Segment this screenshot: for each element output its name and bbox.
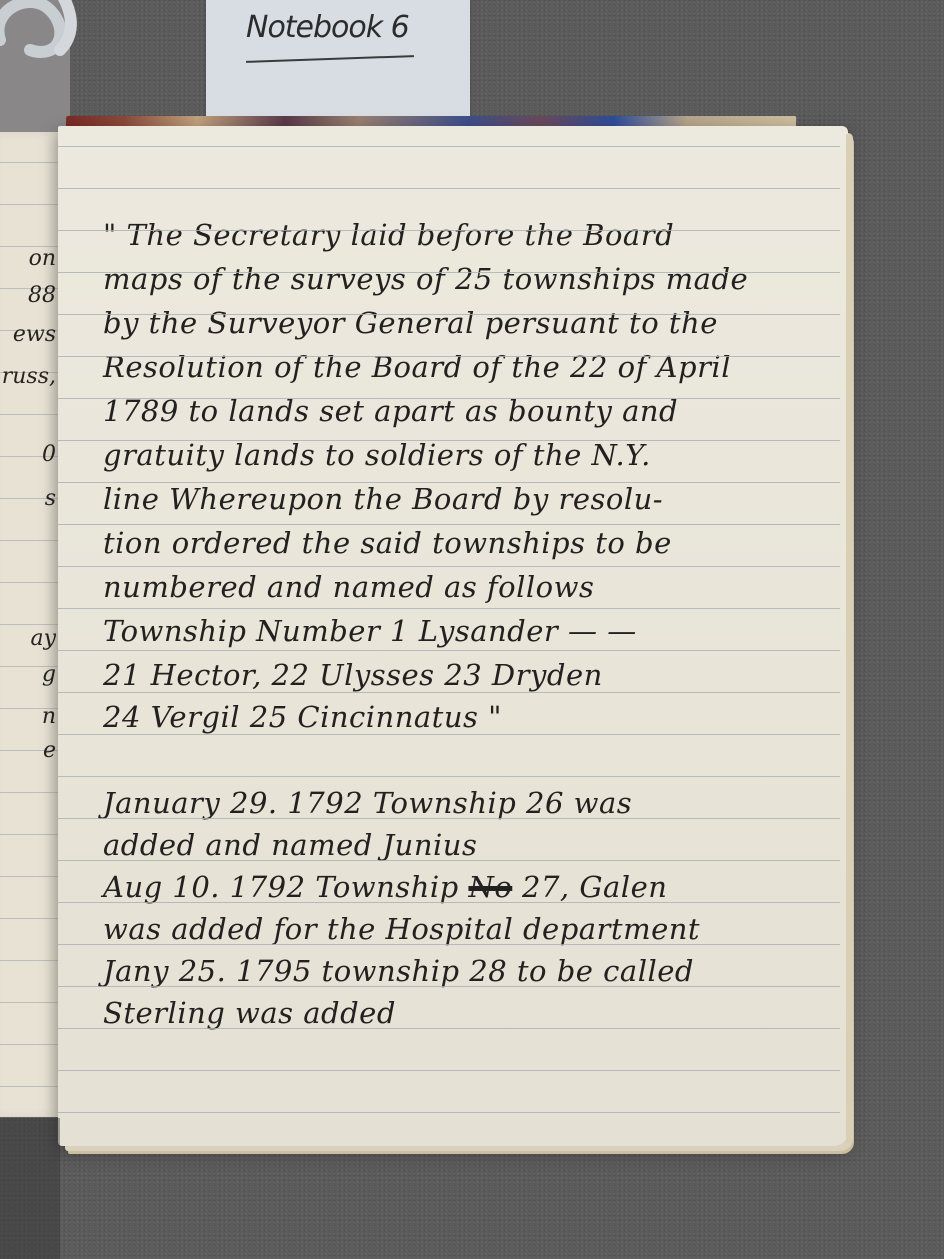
left-page-fragment: 0 — [0, 442, 56, 467]
handwritten-text: " The Secretary laid before the Boardmap… — [103, 126, 828, 1146]
text-line-content: 21 Hector, 22 Ulysses 23 Dryden — [103, 658, 603, 692]
shadow — [0, 1118, 60, 1259]
page-edge — [846, 134, 852, 1144]
ruled-line — [58, 1070, 840, 1071]
left-page-fragment: g — [0, 662, 56, 687]
cord-loop-icon — [0, 0, 90, 80]
text-line: Township Number 1 Lysander — — — [103, 614, 637, 648]
ruled-line — [0, 792, 58, 793]
text-line: was added for the Hospital department — [103, 912, 700, 946]
ruled-line — [0, 876, 58, 877]
ruled-line — [0, 540, 58, 541]
ruled-line — [58, 944, 840, 945]
text-line: added and named Junius — [103, 828, 477, 862]
text-line: maps of the surveys of 25 townships made — [103, 262, 748, 296]
left-page-fragment: n — [0, 704, 56, 729]
left-page-fragment: e — [0, 738, 56, 763]
left-page-fragment: 88 — [0, 283, 56, 308]
ruled-line — [0, 582, 58, 583]
text-line-content: Jany 25. 1795 township 28 to be called — [103, 954, 694, 988]
text-line-content: January 29. 1792 Township 26 was — [103, 786, 632, 820]
text-line-content: Township Number 1 Lysander — — — [103, 614, 637, 648]
text-line: by the Surveyor General persuant to the — [103, 306, 718, 340]
ruled-line — [58, 356, 840, 357]
ruled-line — [58, 776, 840, 777]
text-line-content: was added for the Hospital department — [103, 912, 700, 946]
ruled-line — [0, 162, 58, 163]
ruled-line — [0, 1086, 58, 1087]
label-underline — [246, 55, 414, 63]
text-line-content: 24 Vergil 25 Cincinnatus " — [103, 700, 502, 734]
text-line: 24 Vergil 25 Cincinnatus " — [103, 700, 502, 734]
ruled-line — [0, 414, 58, 415]
notebook-label-card: Notebook 6 — [206, 0, 470, 124]
ruled-line — [58, 314, 840, 315]
label-title: Notebook 6 — [246, 10, 409, 45]
left-page: on88ewsruss,0saygne — [0, 132, 60, 1117]
text-line: line Whereupon the Board by resolu- — [103, 482, 663, 516]
ruled-line — [58, 272, 840, 273]
ruled-line — [58, 818, 840, 819]
text-line-content: tion ordered the said townships to be — [103, 526, 672, 560]
ruled-line — [58, 692, 840, 693]
text-line-rest: 27, Galen — [512, 870, 667, 904]
text-line-content: maps of the surveys of 25 townships made — [103, 262, 748, 296]
left-page-fragment: ews — [0, 322, 56, 347]
text-line: numbered and named as follows — [103, 570, 594, 604]
ruled-line — [0, 1044, 58, 1045]
text-line: gratuity lands to soldiers of the N.Y. — [103, 438, 651, 472]
text-line-content: line Whereupon the Board by resolu- — [103, 482, 663, 516]
text-line-content: " The Secretary laid before the Board — [103, 218, 674, 252]
text-line-content: added and named Junius — [103, 828, 477, 862]
ruled-line — [0, 918, 58, 919]
text-line: tion ordered the said townships to be — [103, 526, 672, 560]
text-line: 1789 to lands set apart as bounty and — [103, 394, 678, 428]
left-page-fragment: russ, — [0, 364, 56, 389]
text-line-content: gratuity lands to soldiers of the N.Y. — [103, 438, 651, 472]
ruled-line — [58, 734, 840, 735]
ruled-line — [0, 204, 58, 205]
text-line-content: by the Surveyor General persuant to the — [103, 306, 718, 340]
text-line-content: 1789 to lands set apart as bounty and — [103, 394, 678, 428]
ruled-line — [0, 834, 58, 835]
ruled-line — [58, 398, 840, 399]
ruled-line — [58, 524, 840, 525]
ruled-line — [0, 960, 58, 961]
left-page-fragment: ay — [0, 626, 56, 651]
ruled-line — [58, 188, 840, 189]
ruled-line — [58, 146, 840, 147]
ruled-line — [58, 230, 840, 231]
struck-text: No — [468, 870, 512, 904]
left-page-fragment: on — [0, 246, 56, 271]
right-page: " The Secretary laid before the Boardmap… — [58, 126, 848, 1146]
text-line: Sterling was added — [103, 996, 396, 1030]
text-line: 21 Hector, 22 Ulysses 23 Dryden — [103, 658, 603, 692]
ruled-line — [58, 1028, 840, 1029]
ruled-line — [58, 902, 840, 903]
ruled-line — [58, 860, 840, 861]
ruled-line — [58, 566, 840, 567]
ruled-line — [58, 650, 840, 651]
text-line: Aug 10. 1792 Township No 27, Galen — [103, 870, 667, 904]
ruled-line — [58, 1112, 840, 1113]
text-line: January 29. 1792 Township 26 was — [103, 786, 632, 820]
text-line: " The Secretary laid before the Board — [103, 218, 674, 252]
ruled-line — [58, 482, 840, 483]
text-line-content: Sterling was added — [103, 996, 396, 1030]
ruled-line — [58, 440, 840, 441]
ruled-line — [0, 624, 58, 625]
text-line-content: numbered and named as follows — [103, 570, 594, 604]
left-page-fragment: s — [0, 486, 56, 511]
text-line-content: Aug 10. 1792 Township — [103, 870, 459, 904]
ruled-line — [0, 1002, 58, 1003]
ruled-line — [58, 608, 840, 609]
ruled-line — [58, 986, 840, 987]
notebook-photo: Notebook 6 on88ewsruss,0saygne " The Sec… — [0, 0, 944, 1259]
text-line: Jany 25. 1795 township 28 to be called — [103, 954, 694, 988]
